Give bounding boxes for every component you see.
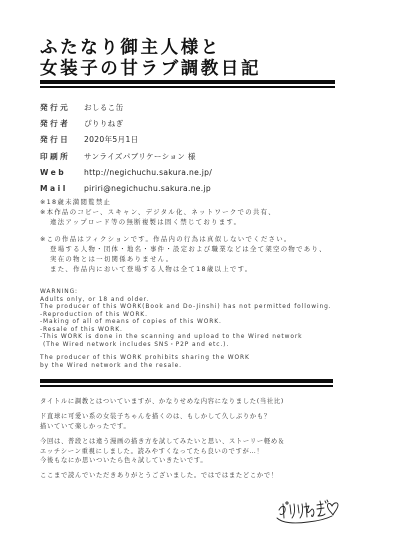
info-row-publisher: 発行元 おしるこ缶	[40, 100, 212, 116]
info-row-web: Web http://negichuchu.sakura.ne.jp/	[40, 165, 212, 181]
info-row-printer: 印刷所 サンライズパブリケーション 様	[40, 149, 212, 165]
warning-line: WARNING:	[40, 289, 332, 297]
book-title-line-1: ふたなり御主人様と	[40, 38, 261, 59]
notice-line: ※この作品はフィクションです。作品内の行為は真似しないでください。	[40, 234, 327, 244]
notice-line: また、作品内において登場する人物は全て18歳以上です。	[40, 264, 327, 274]
afterword-line: 今回は、普段とは違う漫画の描き方を試してみたいと思い、ストーリー軽め＆	[40, 437, 285, 446]
afterword-paragraph-1: タイトルに調教とはついていますが、かなりせめな内容になりました(当社比)	[40, 397, 285, 406]
title-divider	[40, 80, 335, 88]
afterword-line: ド直球に可愛い系の女装子ちゃんを描くのは、もしかして久しぶりかも？	[40, 412, 285, 421]
notice-line: 違法アップロード等の無断複製は固く禁じております。	[40, 217, 327, 227]
info-value: 2020年5月1日	[84, 132, 138, 148]
info-label: 印刷所	[40, 149, 84, 165]
copy-prohibition-notice: ※18歳未満閲覧禁止 ※本作品のコピー、スキャン、デジタル化、ネットワークでの共…	[40, 197, 327, 228]
warning-line: -This WORK is done in the scanning and u…	[40, 334, 332, 342]
info-value: ぴりりねぎ	[84, 116, 123, 132]
colophon-page: ふたなり御主人様と 女装子の甘ラブ調教日記 発行元 おしるこ缶 発行者 ぴりりね…	[0, 0, 400, 556]
divider-thin-bar	[40, 86, 335, 88]
info-value: おしるこ缶	[84, 100, 123, 116]
book-title-line-2: 女装子の甘ラブ調教日記	[40, 59, 261, 80]
afterword-line: 今後もなにか思いついたら色々試していきたいです。	[40, 456, 285, 465]
info-value: サンライズパブリケーション 様	[84, 149, 196, 165]
warning-line: -Making of all of means of copies of thi…	[40, 319, 332, 327]
info-label: Web	[40, 165, 84, 181]
divider-thin-bar	[40, 385, 333, 387]
info-row-issuer: 発行者 ぴりりねぎ	[40, 116, 212, 132]
afterword-line: エッチシーン重視にしました。読みやすくなってたら良いのですが…！	[40, 447, 285, 456]
notice-line: ※18歳未満閲覧禁止	[40, 197, 327, 207]
web-url: http://negichuchu.sakura.ne.jp/	[84, 165, 212, 181]
warning-footer-line: The producer of this WORK prohibits shar…	[40, 355, 332, 363]
info-row-mail: Mail piriri@negichuchu.sakura.ne.jp	[40, 181, 212, 197]
notice-line: 登場する人物・団体・地名・事件・設定および職業などは全て架空の物であり、	[40, 244, 327, 254]
warning-line: -Reproduction of this WORK.	[40, 312, 332, 320]
warning-line: The producer of this WORK(Book and Do-Ji…	[40, 304, 332, 312]
afterword-paragraph-3: 今回は、普段とは違う漫画の描き方を試してみたいと思い、ストーリー軽め＆ エッチシ…	[40, 437, 285, 465]
warning-line: -Resale of this WORK.	[40, 327, 332, 335]
warning-line: Adults only, or 18 and older.	[40, 297, 332, 305]
afterword-paragraph-2: ド直球に可愛い系の女装子ちゃんを描くのは、もしかして久しぶりかも？ 描いていて楽…	[40, 412, 285, 431]
book-title: ふたなり御主人様と 女装子の甘ラブ調教日記	[40, 38, 261, 80]
info-label: Mail	[40, 181, 84, 197]
afterword-line: タイトルに調教とはついていますが、かなりせめな内容になりました(当社比)	[40, 397, 285, 406]
mail-address: piriri@negichuchu.sakura.ne.jp	[84, 181, 211, 197]
publication-info: 発行元 おしるこ缶 発行者 ぴりりねぎ 発行日 2020年5月1日 印刷所 サン…	[40, 100, 212, 197]
author-afterword: タイトルに調教とはついていますが、かなりせめな内容になりました(当社比) ド直球…	[40, 397, 285, 487]
fiction-notice: ※この作品はフィクションです。作品内の行為は真似しないでください。 登場する人物…	[40, 234, 327, 275]
japanese-notices: ※18歳未満閲覧禁止 ※本作品のコピー、スキャン、デジタル化、ネットワークでの共…	[40, 197, 327, 280]
info-label: 発行日	[40, 132, 84, 148]
info-row-issue-date: 発行日 2020年5月1日	[40, 132, 212, 148]
afterword-paragraph-4: ここまで読んでいただきありがとうございました。ではではまたどこかで！	[40, 471, 285, 480]
afterword-divider	[40, 379, 333, 387]
warning-footer-line: by the Wired network and the resale.	[40, 363, 332, 371]
author-signature	[274, 494, 344, 528]
divider-thick-bar	[40, 379, 333, 383]
notice-line: ※本作品のコピー、スキャン、デジタル化、ネットワークでの共有、	[40, 207, 327, 217]
afterword-line: ここまで読んでいただきありがとうございました。ではではまたどこかで！	[40, 471, 285, 480]
divider-thick-bar	[40, 80, 335, 84]
info-label: 発行元	[40, 100, 84, 116]
english-warning: WARNING: Adults only, or 18 and older. T…	[40, 289, 332, 370]
warning-line: (The Wired network includes SNS・P2P and …	[40, 342, 332, 350]
signature-icon	[274, 494, 344, 528]
notice-line: 実在の物とは一切関係ありません。	[40, 254, 327, 264]
afterword-line: 描いていて楽しかったです。	[40, 422, 285, 431]
info-label: 発行者	[40, 116, 84, 132]
